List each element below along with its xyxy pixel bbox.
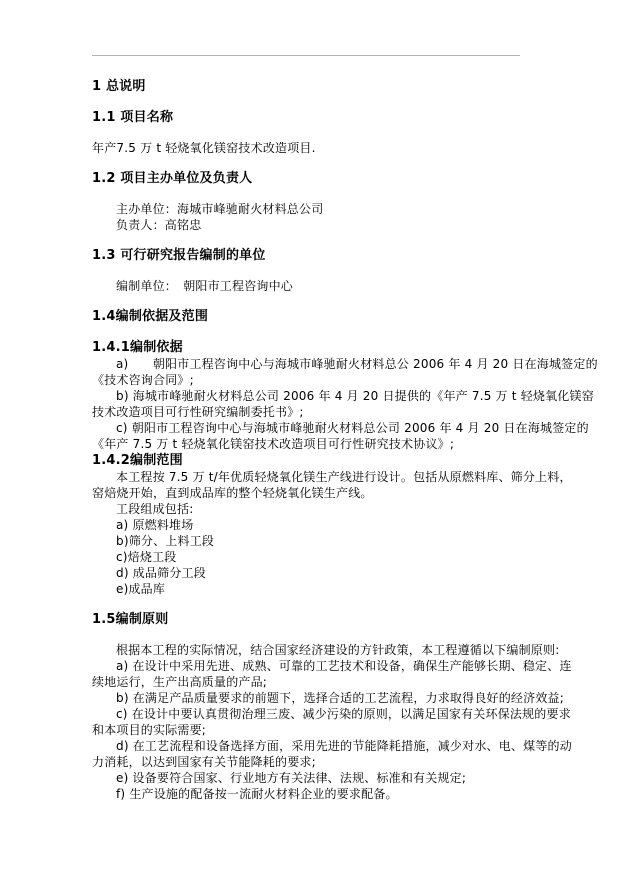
text-line: 本工程按 7.5 万 t/年优质轻烧氧化镁生产线进行设计。包括从原燃料库、筛分上…	[92, 469, 562, 485]
text-line: c) 在设计中要认真贯彻治理三废、减少污染的原则，以满足国家有关环保法规的要求	[92, 706, 562, 722]
text-line: 《年产 7.5 万 t 轻烧氧化镁窑技术改造项目可行性研究技术协议》;	[92, 436, 562, 452]
text-line: b) 海城市峰驰耐火材料总公司 2006 年 4 月 20 日提供的《年产 7.…	[92, 388, 562, 404]
text-line: 编制单位： 朝阳市工程咨询中心	[92, 278, 562, 294]
text-line: a) 朝阳市工程咨询中心与海城市峰驰耐火材料总公 2006 年 4 月 20 日…	[92, 356, 562, 372]
header-rule	[92, 55, 520, 56]
text-line: d) 在工艺流程和设备选择方面，采用先进的节能降耗措施，减少对水、电、煤等的动	[92, 738, 562, 754]
section-heading: 1.4.2编制范围	[92, 452, 562, 469]
text-line: a) 原燃料堆场	[92, 517, 562, 533]
text-line: 工段组成包括:	[92, 501, 562, 517]
section-heading: 1.4.1编制依据	[92, 339, 562, 356]
text-line: e)成品库	[92, 581, 562, 597]
section-heading: 1.4编制依据及范围	[92, 308, 562, 325]
document-body: 1 总说明1.1 项目名称年产7.5 万 t 轻烧氧化镁窑技术改造项目.1.2 …	[92, 72, 562, 802]
text-line: 窑焙烧开始，直到成品库的整个轻烧氧化镁生产线。	[92, 485, 562, 501]
text-line: c) 朝阳市工程咨询中心与海城市峰驰耐火材料总公司 2006 年 4 月 20 …	[92, 420, 562, 436]
text-line: d) 成品筛分工段	[92, 565, 562, 581]
text-line: 主办单位：海城市峰驰耐火材料总公司	[92, 201, 562, 217]
document-page: 1 总说明1.1 项目名称年产7.5 万 t 轻烧氧化镁窑技术改造项目.1.2 …	[0, 0, 621, 877]
text-line: 年产7.5 万 t 轻烧氧化镁窑技术改造项目.	[92, 140, 562, 156]
text-line: 和本项目的实际需要;	[92, 722, 562, 738]
text-line: 《技术咨询合同》;	[92, 372, 562, 388]
section-heading: 1.5编制原则	[92, 611, 562, 628]
section-heading: 1.1 项目名称	[92, 109, 562, 126]
text-line: b)筛分、上料工段	[92, 533, 562, 549]
text-line: 负责人：高铭忠	[92, 217, 562, 233]
text-line: 根据本工程的实际情况，结合国家经济建设的方针政策，本工程遵循以下编制原则:	[92, 642, 562, 658]
text-line: 技术改造项目可行性研究编制委托书》;	[92, 404, 562, 420]
section-heading: 1 总说明	[92, 78, 562, 95]
section-heading: 1.3 可行研究报告编制的单位	[92, 247, 562, 264]
text-line: 续地运行，生产出高质量的产品;	[92, 674, 562, 690]
text-line: e) 设备要符合国家、行业地方有关法律、法规、标准和有关规定;	[92, 770, 562, 786]
text-line: c)焙烧工段	[92, 549, 562, 565]
text-line: 力消耗，以达到国家有关节能降耗的要求;	[92, 754, 562, 770]
text-line: a) 在设计中采用先进、成熟、可靠的工艺技术和设备，确保生产能够长期、稳定、连	[92, 658, 562, 674]
text-line: b) 在满足产品质量要求的前题下，选择合适的工艺流程，力求取得良好的经济效益;	[92, 690, 562, 706]
section-heading: 1.2 项目主办单位及负责人	[92, 170, 562, 187]
text-line: f) 生产设施的配备按一流耐火材料企业的要求配备。	[92, 786, 562, 802]
